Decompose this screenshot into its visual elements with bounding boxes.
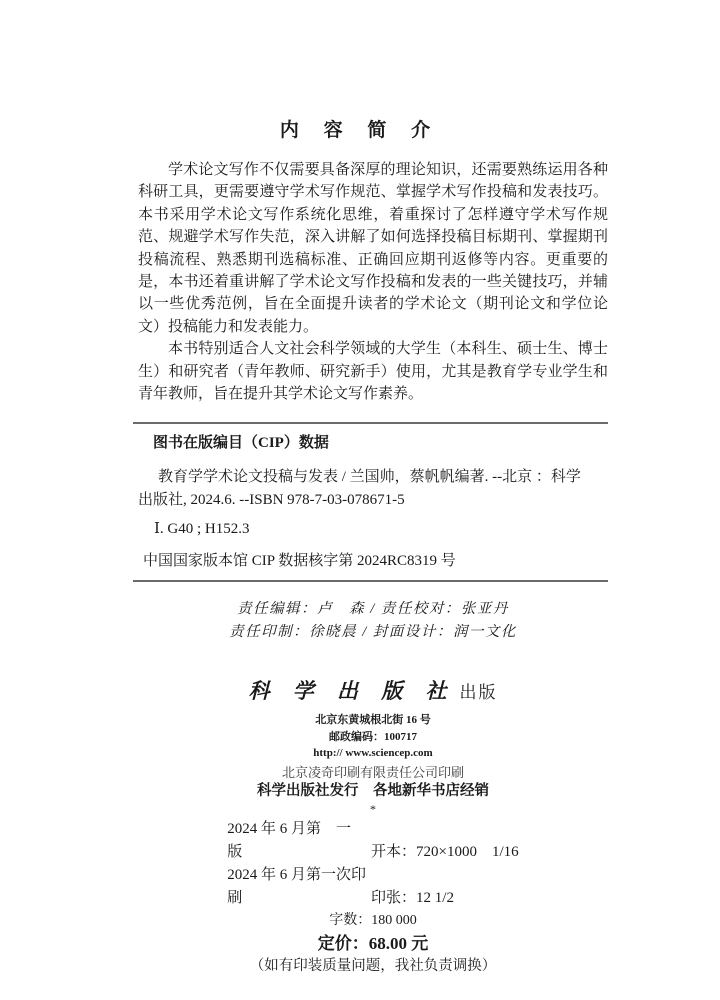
publisher-logo: 科 学 出 版 社	[249, 679, 456, 703]
sheets-spec: 印张：12 1/2	[371, 890, 454, 906]
cip-section: 图书在版编目（CIP）数据 教育学学术论文投稿与发表 / 兰国帅，蔡帆帆编著. …	[138, 422, 608, 582]
separator-star: *	[138, 803, 608, 815]
cip-classification: Ⅰ. G40 ; H152.3	[138, 519, 608, 540]
publisher-postcode: 邮政编码：100717	[138, 729, 608, 746]
divider-top	[133, 422, 608, 424]
credits-line-editor-proofreader: 责任编辑：卢 森 / 责任校对：张亚丹	[138, 598, 608, 621]
format-spec: 开本：720×1000 1/16	[371, 844, 519, 860]
publisher-logo-line: 科 学 出 版 社 出版	[138, 678, 608, 707]
intro-paragraph-1: 学术论文写作不仅需要具备深厚的理论知识，还需要熟练运用各种科研工具，更需要遵守学…	[138, 159, 608, 338]
price: 定价：68.00 元	[138, 933, 608, 954]
publisher-website: http:// www.sciencep.com	[138, 745, 608, 762]
intro-paragraph-2: 本书特别适合人文社会科学领域的大学生（本科生、硕士生、博士生）和研究者（青年教师…	[138, 338, 608, 405]
cip-record-number: 中国国家版本馆 CIP 数据核字第 2024RC8319 号	[138, 551, 608, 580]
colophon: 科 学 出 版 社 出版 北京东黄城根北街 16 号 邮政编码：100717 h…	[138, 678, 608, 976]
cip-heading: 图书在版编目（CIP）数据	[138, 433, 608, 454]
quality-note: （如有印装质量问题，我社负责调换）	[138, 956, 608, 976]
divider-bottom	[133, 580, 608, 582]
edition-date: 2024 年 6 月第 一 版	[227, 818, 367, 864]
staff-credits: 责任编辑：卢 森 / 责任校对：张亚丹 责任印制：徐晓晨 / 封面设计：润一文化	[138, 598, 608, 644]
credits-line-printing-cover: 责任印制：徐晓晨 / 封面设计：润一文化	[138, 621, 608, 644]
printing-date: 2024 年 6 月第一次印刷	[227, 864, 367, 910]
edition-info: 2024 年 6 月第 一 版 开本：720×1000 1/16 2024 年 …	[227, 818, 518, 910]
page-content: 学术论文写作不仅需要具备深厚的理论知识，还需要熟练运用各种科研工具，更需要遵守学…	[138, 159, 608, 976]
publisher-logo-suffix: 出版	[460, 683, 498, 702]
book-copyright-page: 内 容 简 介 学术论文写作不仅需要具备深厚的理论知识，还需要熟练运用各种科研工…	[0, 0, 720, 1000]
cip-entry-line1: 教育学学术论文投稿与发表 / 兰国帅，蔡帆帆编著. --北京 ：科学	[138, 466, 608, 489]
printer-line: 北京凌奇印刷有限责任公司印刷	[138, 764, 608, 781]
edition-row-1: 2024 年 6 月第 一 版 开本：720×1000 1/16	[227, 818, 518, 864]
word-count: 字数：180 000	[138, 911, 608, 931]
distribution-line: 科学出版社发行 各地新华书店经销	[138, 782, 608, 801]
page-title: 内 容 简 介	[0, 0, 720, 142]
edition-row-2: 2024 年 6 月第一次印刷 印张：12 1/2	[227, 864, 518, 910]
publisher-address: 北京东黄城根北街 16 号	[138, 712, 608, 729]
cip-entry-line2: 出版社, 2024.6. --ISBN 978-7-03-078671-5	[138, 489, 608, 512]
